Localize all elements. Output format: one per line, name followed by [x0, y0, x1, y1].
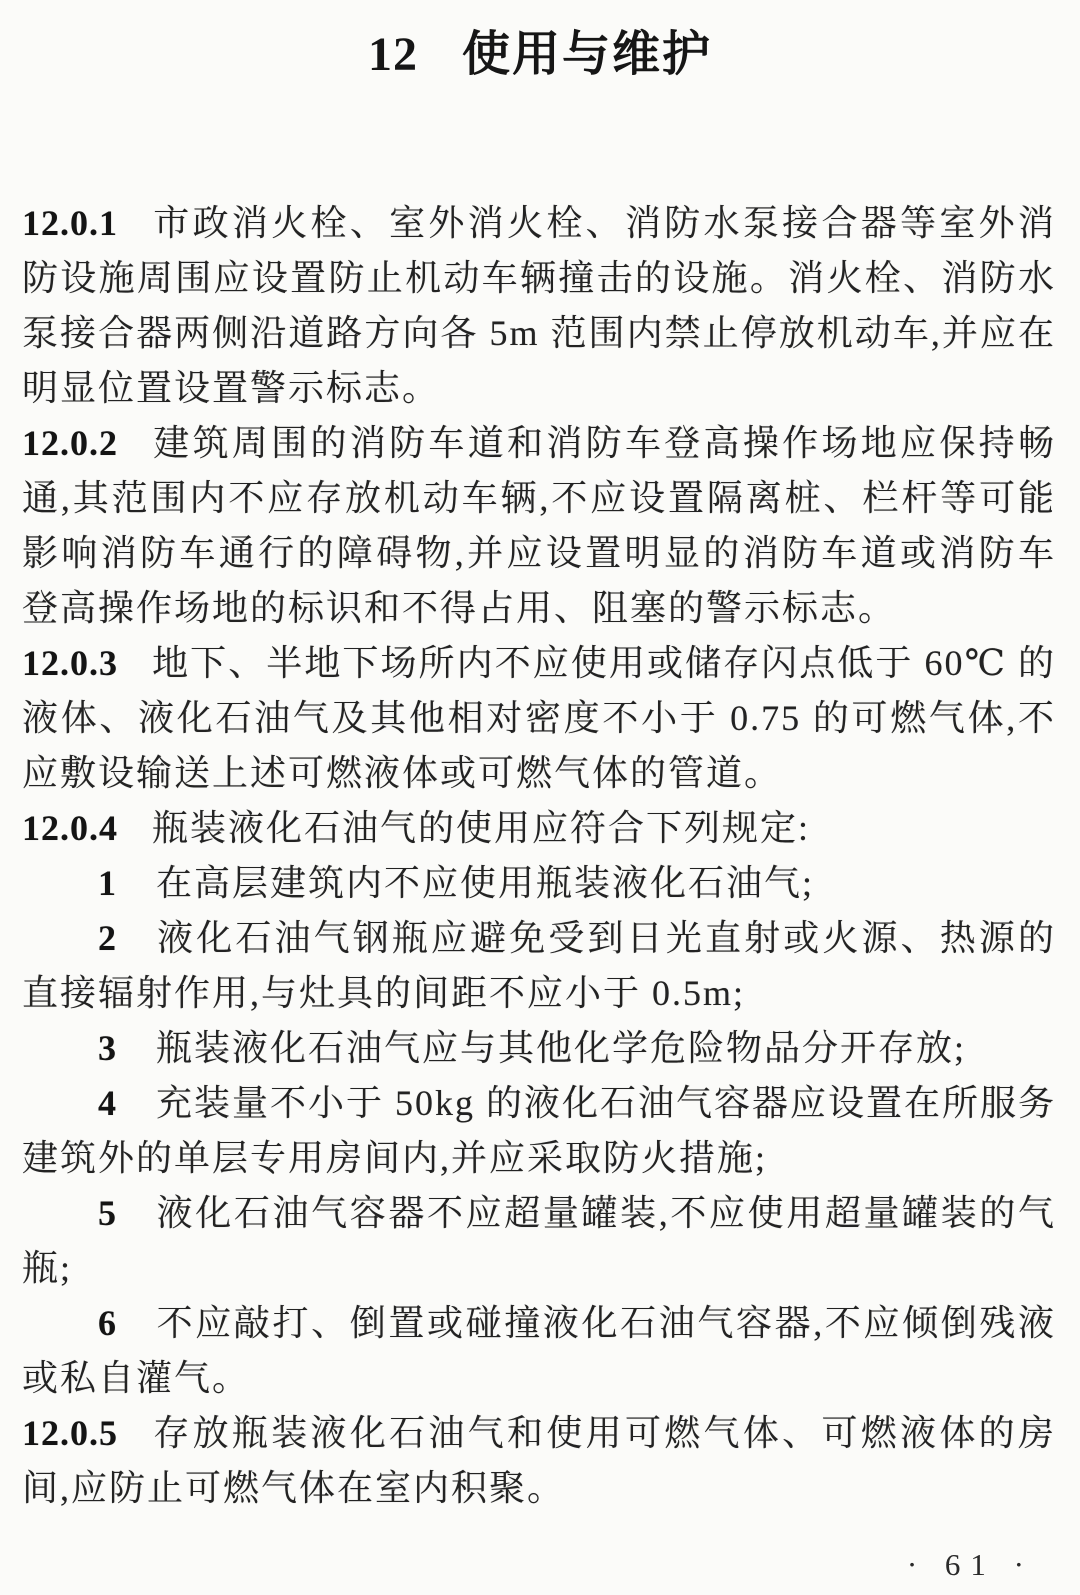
clause-12-0-5: 12.0.5存放瓶装液化石油气和使用可燃气体、可燃液体的房间,应防止可燃气体在室…: [22, 1406, 1056, 1516]
clause-number: 12.0.2: [22, 423, 118, 463]
clause-text: 瓶装液化石油气的使用应符合下列规定:: [152, 808, 810, 848]
item-text: 充装量不小于 50kg 的液化石油气容器应设置在所服务建筑外的单层专用房间内,并…: [22, 1083, 1056, 1178]
clause-12-0-2: 12.0.2建筑周围的消防车道和消防车登高操作场地应保持畅通,其范围内不应存放机…: [22, 416, 1056, 636]
clause-12-0-1: 12.0.1市政消火栓、室外消火栓、消防水泵接合器等室外消防设施周围应设置防止机…: [22, 196, 1056, 416]
chapter-number: 12: [368, 28, 418, 81]
clause-text: 存放瓶装液化石油气和使用可燃气体、可燃液体的房间,应防止可燃气体在室内积聚。: [22, 1413, 1056, 1508]
list-item-1: 1在高层建筑内不应使用瓶装液化石油气;: [22, 856, 1056, 911]
chapter-heading: 12使用与维护: [0, 0, 1080, 84]
list-item-4: 4充装量不小于 50kg 的液化石油气容器应设置在所服务建筑外的单层专用房间内,…: [22, 1076, 1056, 1186]
item-number: 4: [98, 1083, 118, 1123]
document-page: 12使用与维护 12.0.1市政消火栓、室外消火栓、消防水泵接合器等室外消防设施…: [0, 0, 1080, 1595]
clause-number: 12.0.4: [22, 808, 118, 848]
item-text: 液化石油气容器不应超量罐装,不应使用超量罐装的气瓶;: [22, 1193, 1056, 1288]
item-number: 1: [98, 863, 118, 903]
clause-number: 12.0.1: [22, 203, 118, 243]
item-text: 在高层建筑内不应使用瓶装液化石油气;: [156, 863, 814, 903]
clause-12-0-4: 12.0.4瓶装液化石油气的使用应符合下列规定:: [22, 801, 1056, 856]
clause-text: 建筑周围的消防车道和消防车登高操作场地应保持畅通,其范围内不应存放机动车辆,不应…: [22, 423, 1056, 628]
item-text: 不应敲打、倒置或碰撞液化石油气容器,不应倾倒残液或私自灌气。: [22, 1303, 1056, 1398]
chapter-title: 使用与维护: [462, 28, 712, 81]
clause-12-0-3: 12.0.3地下、半地下场所内不应使用或储存闪点低于 60℃ 的液体、液化石油气…: [22, 636, 1056, 801]
item-number: 6: [98, 1303, 118, 1343]
document-body: 12.0.1市政消火栓、室外消火栓、消防水泵接合器等室外消防设施周围应设置防止机…: [0, 196, 1080, 1516]
item-number: 5: [98, 1193, 118, 1233]
item-text: 液化石油气钢瓶应避免受到日光直射或火源、热源的直接辐射作用,与灶具的间距不应小于…: [22, 918, 1056, 1013]
clause-number: 12.0.5: [22, 1413, 118, 1453]
list-item-3: 3瓶装液化石油气应与其他化学危险物品分开存放;: [22, 1021, 1056, 1076]
item-text: 瓶装液化石油气应与其他化学危险物品分开存放;: [156, 1028, 966, 1068]
item-number: 2: [98, 918, 118, 958]
page-number: · 61 ·: [907, 1547, 1034, 1582]
list-item-5: 5液化石油气容器不应超量罐装,不应使用超量罐装的气瓶;: [22, 1186, 1056, 1296]
item-number: 3: [98, 1028, 118, 1068]
clause-number: 12.0.3: [22, 643, 118, 683]
list-item-2: 2液化石油气钢瓶应避免受到日光直射或火源、热源的直接辐射作用,与灶具的间距不应小…: [22, 911, 1056, 1021]
clause-text: 市政消火栓、室外消火栓、消防水泵接合器等室外消防设施周围应设置防止机动车辆撞击的…: [22, 203, 1056, 408]
clause-text: 地下、半地下场所内不应使用或储存闪点低于 60℃ 的液体、液化石油气及其他相对密…: [22, 643, 1056, 793]
list-item-6: 6不应敲打、倒置或碰撞液化石油气容器,不应倾倒残液或私自灌气。: [22, 1296, 1056, 1406]
page-footer: · 61 ·: [907, 1547, 1034, 1583]
